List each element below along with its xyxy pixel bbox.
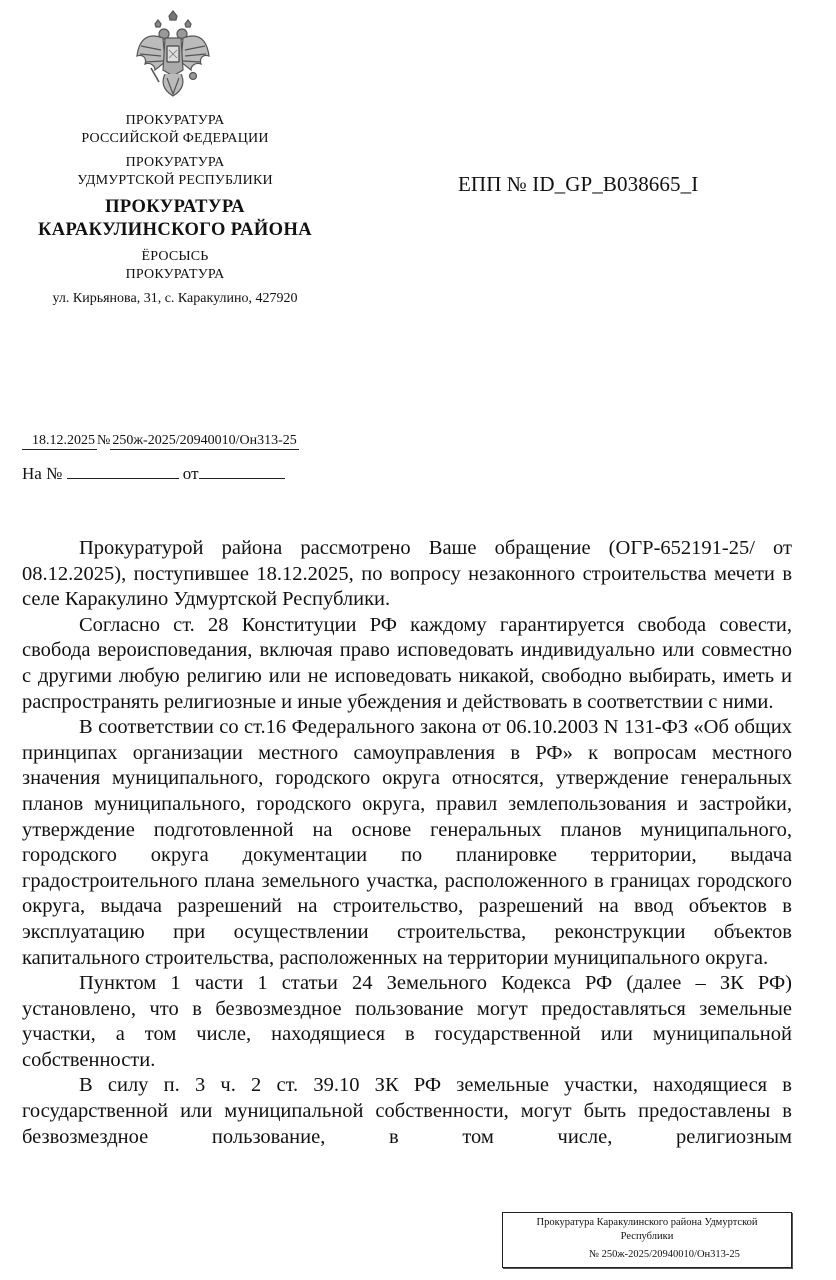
registration-number: 250ж-2025/20940010/Он313-25 [110,433,298,450]
number-sign: № [97,433,110,448]
org-address: ул. Кирьянова, 31, с. Каракулино, 427920 [10,290,340,308]
reply-to-number-blank [67,464,179,479]
org-federal: ПРОКУРАТУРА РОССИЙСКОЙ ФЕДЕРАЦИИ [10,112,340,148]
registration-stamp: Прокуратура Каракулинского района Удмурт… [502,1212,792,1268]
paragraph: В соответствии со ст.16 Федерального зак… [22,715,792,971]
letter-body: Прокуратурой района рассмотрено Ваше обр… [22,536,792,1150]
stamp-number: № 250ж-2025/20940010/Он313-25 [503,1248,791,1262]
registration-date: 18.12.2025 [22,433,97,450]
stamp-org-line-2: Республики [503,1230,791,1244]
paragraph: В силу п. 3 ч. 2 ст. 39.10 ЗК РФ земельн… [22,1073,792,1150]
coat-of-arms-icon [133,10,213,100]
reply-to-line: На № от [22,464,285,484]
registration-line: 18.12.2025№250ж-2025/20940010/Он313-25 [22,433,299,450]
org-district: ПРОКУРАТУРА КАРАКУЛИНСКОГО РАЙОНА [10,196,340,242]
from-date-blank [199,464,285,479]
stamp-org-line-1: Прокуратура Каракулинского района Удмурт… [503,1216,791,1230]
paragraph: Прокуратурой района рассмотрено Ваше обр… [22,536,792,613]
org-republic: ПРОКУРАТУРА УДМУРТСКОЙ РЕСПУБЛИКИ [10,154,340,190]
from-label: от [183,464,199,483]
epp-id: ЕПП № ID_GP_B038665_I [458,172,698,197]
paragraph: Пунктом 1 части 1 статьи 24 Земельного К… [22,971,792,1073]
org-udmurt: ЁРОСЫСЬ ПРОКУРАТУРА [10,248,340,284]
reply-to-label: На № [22,464,62,483]
letterhead: ПРОКУРАТУРА РОССИЙСКОЙ ФЕДЕРАЦИИ ПРОКУРА… [10,112,340,308]
paragraph: Согласно ст. 28 Конституции РФ каждому г… [22,613,792,715]
